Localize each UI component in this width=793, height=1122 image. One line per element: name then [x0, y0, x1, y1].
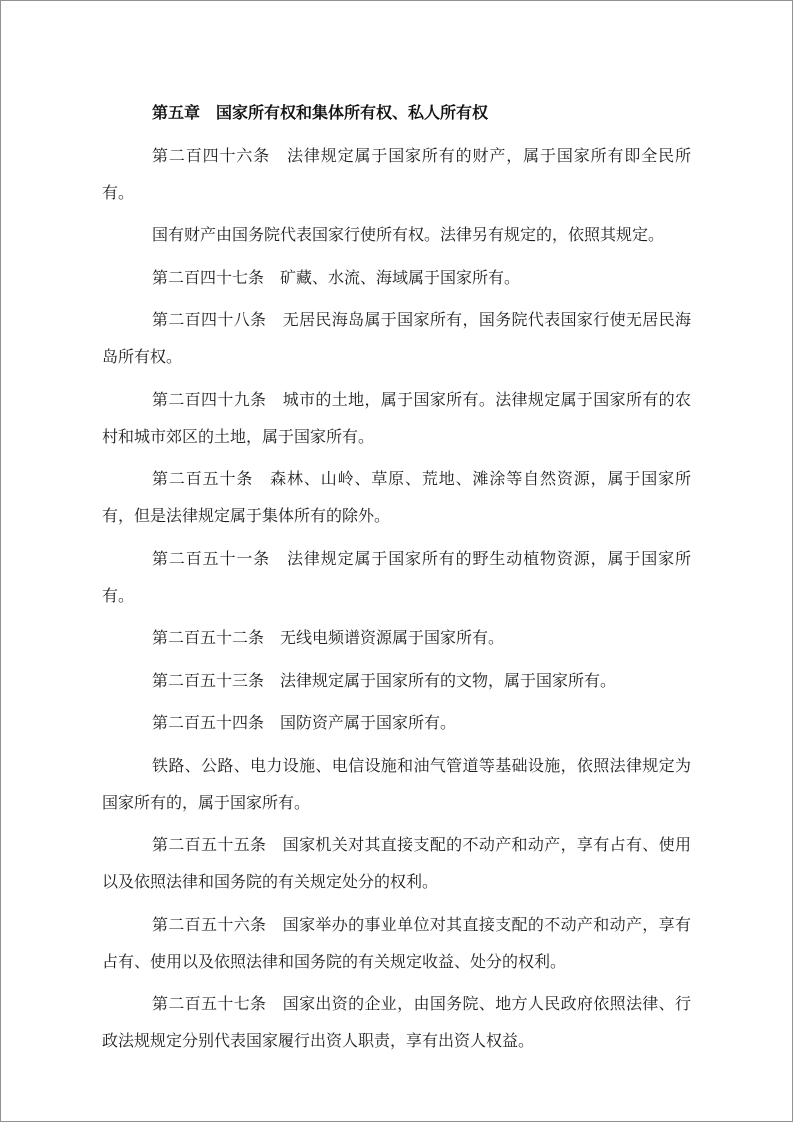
- article-text: 国防资产属于国家所有。: [280, 715, 456, 732]
- article-number: 第二百五十条: [152, 471, 270, 488]
- article-list: 第二百四十六条 法律规定属于国家所有的财产，属于国家所有即全民所有。 国有财产由…: [102, 138, 691, 1061]
- article-text: 铁路、公路、电力设施、电信设施和油气管道等基础设施，依照法律规定为国家所有的，属…: [102, 758, 691, 812]
- article-number: 第二百五十五条: [152, 837, 283, 854]
- article-text: 矿藏、水流、海域属于国家所有。: [280, 270, 520, 287]
- law-paragraph: 第二百五十条 森林、山岭、草原、荒地、滩涂等自然资源，属于国家所有，但是法律规定…: [102, 461, 691, 535]
- law-paragraph: 第二百五十四条 国防资产属于国家所有。: [102, 705, 691, 742]
- article-text: 国有财产由国务院代表国家行使所有权。法律另有规定的，依照其规定。: [152, 227, 664, 244]
- law-paragraph: 铁路、公路、电力设施、电信设施和油气管道等基础设施，依照法律规定为国家所有的，属…: [102, 748, 691, 822]
- law-paragraph: 第二百五十七条 国家出资的企业，由国务院、地方人民政府依照法律、行政法规规定分别…: [102, 986, 691, 1060]
- law-paragraph: 第二百四十九条 城市的土地，属于国家所有。法律规定属于国家所有的农村和城市郊区的…: [102, 382, 691, 456]
- document-page: 第五章国家所有权和集体所有权、私人所有权 第二百四十六条 法律规定属于国家所有的…: [0, 0, 793, 1122]
- law-paragraph: 第二百五十一条 法律规定属于国家所有的野生动植物资源，属于国家所有。: [102, 541, 691, 615]
- chapter-heading: 第五章国家所有权和集体所有权、私人所有权: [102, 95, 691, 132]
- article-number: 第二百五十七条: [152, 996, 283, 1013]
- article-number: 第二百五十三条: [152, 673, 280, 690]
- law-paragraph: 第二百五十五条 国家机关对其直接支配的不动产和动产，享有占有、使用以及依照法律和…: [102, 827, 691, 901]
- article-number: 第二百四十七条: [152, 270, 280, 287]
- article-number: 第二百五十六条: [152, 917, 283, 934]
- law-paragraph: 第二百四十七条 矿藏、水流、海域属于国家所有。: [102, 260, 691, 297]
- law-paragraph: 国有财产由国务院代表国家行使所有权。法律另有规定的，依照其规定。: [102, 217, 691, 254]
- article-number: 第二百五十二条: [152, 630, 280, 647]
- chapter-title: 国家所有权和集体所有权、私人所有权: [216, 105, 488, 122]
- article-text: 无线电频谱资源属于国家所有。: [280, 630, 504, 647]
- article-number: 第二百四十九条: [152, 392, 283, 409]
- document-content: 第五章国家所有权和集体所有权、私人所有权 第二百四十六条 法律规定属于国家所有的…: [102, 95, 691, 1066]
- law-paragraph: 第二百四十六条 法律规定属于国家所有的财产，属于国家所有即全民所有。: [102, 138, 691, 212]
- article-text: 法律规定属于国家所有的文物，属于国家所有。: [280, 673, 616, 690]
- law-paragraph: 第二百五十二条 无线电频谱资源属于国家所有。: [102, 620, 691, 657]
- article-number: 第二百五十一条: [152, 551, 287, 568]
- chapter-number: 第五章: [152, 105, 200, 122]
- law-paragraph: 第二百五十六条 国家举办的事业单位对其直接支配的不动产和动产，享有占有、使用以及…: [102, 907, 691, 981]
- article-number: 第二百四十六条: [152, 148, 287, 165]
- law-paragraph: 第二百四十八条 无居民海岛属于国家所有，国务院代表国家行使无居民海岛所有权。: [102, 302, 691, 376]
- article-number: 第二百五十四条: [152, 715, 280, 732]
- article-number: 第二百四十八条: [152, 312, 283, 329]
- law-paragraph: 第二百五十三条 法律规定属于国家所有的文物，属于国家所有。: [102, 663, 691, 700]
